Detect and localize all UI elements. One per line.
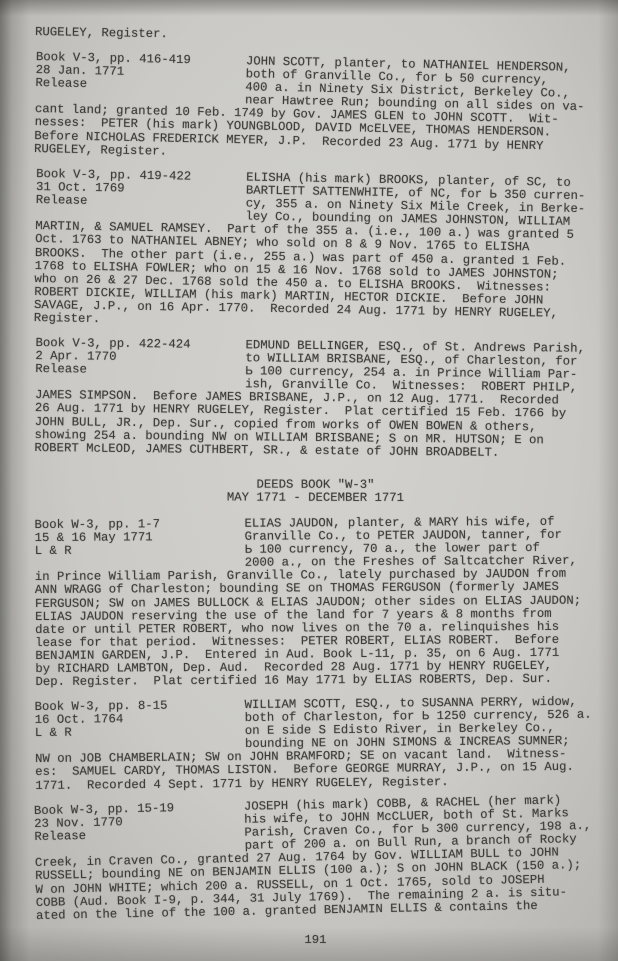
entry-deed-type: Release (35, 363, 245, 378)
continuation-line: RUGELEY, Register. (35, 26, 596, 48)
entry-reference-column: Book V-3, pp. 422-424 2 Apr. 1770 Releas… (35, 337, 246, 392)
deed-entry: Book V-3, pp. 422-424 2 Apr. 1770 Releas… (34, 337, 596, 461)
entry-deed-type: Release (35, 77, 245, 94)
entry-deed-type: Release (36, 194, 246, 211)
deed-entry: Book V-3, pp. 416-419 28 Jan. 1771 Relea… (34, 51, 597, 167)
section-date-range: MAY 1771 - DECEMBER 1771 (35, 491, 596, 506)
entry-body: NW on JOB CHAMBERLAIN; SW on JOHN BRAMFO… (35, 748, 596, 793)
entry-body: cant land; granted 10 Feb. 1749 by Gov. … (34, 103, 596, 167)
section-heading: DEEDS BOOK "W-3" MAY 1771 - DECEMBER 177… (35, 478, 596, 506)
entry-abstract-column: ELIAS JAUDON, planter, & MARY his wife, … (244, 516, 595, 571)
entry-body: JAMES SIMPSON. Before JAMES BRISBANE, J.… (34, 389, 596, 460)
entry-head: Book W-3, pp. 1-7 15 & 16 May 1771 L & R… (34, 516, 595, 572)
entry-body: MARTIN, & SAMUEL RAMSEY. Part of the 355… (34, 220, 597, 334)
deed-entry: Book V-3, pp. 419-422 31 Oct. 1769 Relea… (34, 168, 598, 334)
entry-body: in Prince William Parish, Granville Co.,… (35, 568, 597, 689)
entry-abstract-column: EDMUND BELLINGER, ESQ., of St. Andrews P… (245, 339, 597, 395)
entry-reference-column: Book V-3, pp. 419-422 31 Oct. 1769 Relea… (35, 168, 246, 224)
entry-body: Creek, in Craven Co., granted 27 Aug. 17… (35, 846, 597, 923)
entry-head: Book W-3, pp. 8-15 16 Oct. 1764 L & R WI… (35, 696, 596, 754)
text-line: Dep. Register. Plat certified 16 May 177… (35, 673, 596, 690)
page-number: 191 (35, 934, 596, 947)
entry-abstract-column: JOSEPH (his mark) COBB, & RACHEL (her ma… (244, 794, 596, 853)
entry-head: Book V-3, pp. 422-424 2 Apr. 1770 Releas… (35, 337, 597, 395)
entry-reference-column: Book W-3, pp. 8-15 16 Oct. 1764 L & R (35, 699, 245, 753)
entry-reference-column: Book W-3, pp. 15-19 23 Nov. 1770 Release (34, 801, 245, 858)
deed-entry: Book W-3, pp. 8-15 16 Oct. 1764 L & R WI… (35, 696, 597, 793)
entry-reference-column: Book W-3, pp. 1-7 15 & 16 May 1771 L & R (34, 518, 244, 572)
scanned-deed-abstract-page: RUGELEY, Register. Book V-3, pp. 416-419… (0, 0, 618, 961)
entry-deed-type: L & R (35, 544, 245, 558)
entry-reference-column: Book V-3, pp. 416-419 28 Jan. 1771 Relea… (35, 51, 246, 108)
entry-abstract-column: WILLIAM SCOTT, ESQ., to SUSANNA PERRY, w… (245, 696, 596, 752)
entry-deed-type: Release (34, 827, 244, 844)
deed-entry: Book W-3, pp. 1-7 15 & 16 May 1771 L & R… (34, 516, 596, 690)
entry-deed-type: L & R (35, 725, 245, 740)
entry-abstract-column: JOHN SCOTT, planter, to NATHANIEL HENDER… (245, 55, 597, 114)
entry-abstract-column: ELISHA (his mark) BROOKS, planter, of SC… (245, 171, 597, 229)
deed-entry: Book W-3, pp. 15-19 23 Nov. 1770 Release… (34, 794, 597, 923)
